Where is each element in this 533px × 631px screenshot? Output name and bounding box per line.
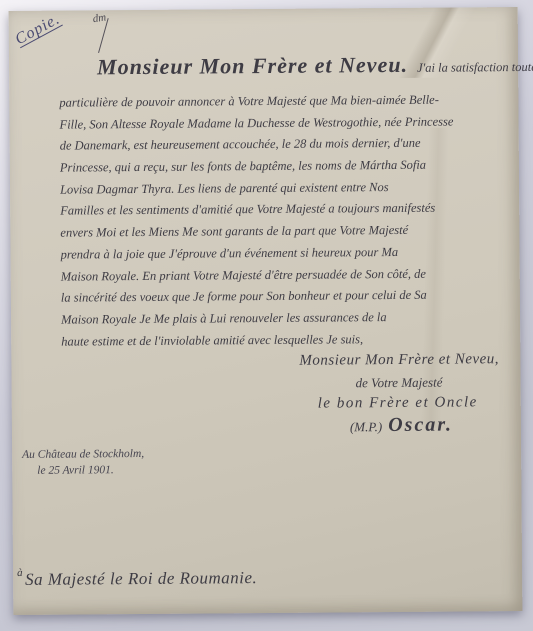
- address-prefix: à: [17, 567, 23, 579]
- closing-formula-line-3: le bon Frère et Oncle: [318, 394, 478, 412]
- signature-prefix: (M.P.): [350, 419, 382, 435]
- body-line: particulière de pouvoir annoncer à Votre…: [59, 89, 511, 114]
- place-line: Au Château de Stockholm,: [22, 448, 144, 461]
- body-line: Princesse, qui a reçu, sur les fonts de …: [60, 154, 512, 179]
- signature-block: (M.P.) Oscar.: [350, 414, 453, 438]
- salutation: Monsieur Mon Frère et Neveu.: [97, 52, 408, 80]
- closing-formula-line-2: de Votre Majesté: [356, 375, 443, 392]
- body-line: haute estime et de l'inviolable amitié a…: [61, 328, 513, 353]
- opening-sentence-start: J'ai la satisfaction toute: [417, 60, 533, 76]
- closing-formula-line-1: Monsieur Mon Frère et Neveu,: [299, 351, 499, 370]
- body-line: Maison Royale Je Me plais à Lui renouvel…: [61, 306, 513, 331]
- archival-notation: dm: [92, 11, 107, 25]
- letter-paper: Copie. dm Monsieur Mon Frère et Neveu. J…: [9, 7, 523, 615]
- opening-line: Monsieur Mon Frère et Neveu. J'ai la sat…: [97, 51, 533, 80]
- recipient-address: àSa Majesté le Roi de Roumanie.: [17, 565, 257, 590]
- signature-name: Oscar.: [388, 414, 453, 438]
- photo-backdrop: Copie. dm Monsieur Mon Frère et Neveu. J…: [0, 0, 533, 631]
- letter-body: particulière de pouvoir annoncer à Votre…: [59, 89, 513, 353]
- address-line: Sa Majesté le Roi de Roumanie.: [25, 568, 257, 589]
- body-line: prendra à la joie que J'éprouve d'un évé…: [60, 241, 512, 266]
- copy-stamp: Copie.: [12, 10, 63, 49]
- date-line: le 25 Avril 1901.: [37, 464, 114, 477]
